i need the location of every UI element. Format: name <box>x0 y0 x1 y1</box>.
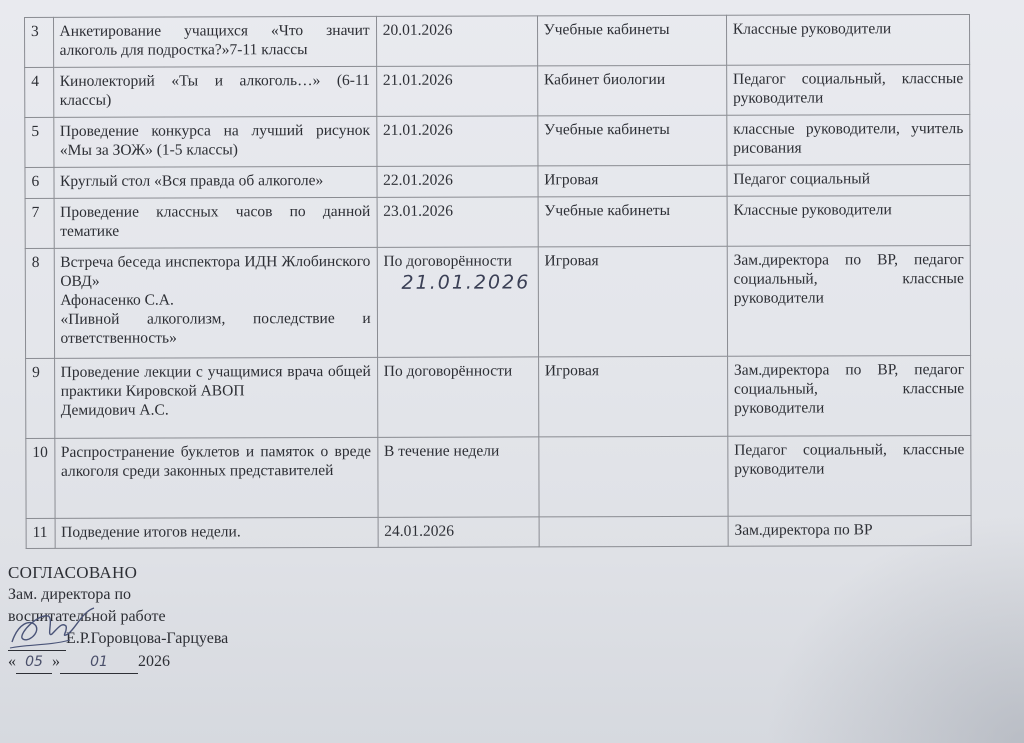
table-row: 10Распространение буклетов и памяток о в… <box>26 436 971 519</box>
month-blank: 01 <box>60 651 138 674</box>
event-location: Кабинет биологии <box>537 65 726 116</box>
event-line: Афонасенко С.А. <box>60 290 370 310</box>
table-row: 4Кинолекторий «Ты и алкоголь…» (6-11 кла… <box>25 65 970 118</box>
event-description: Кинолекторий «Ты и алкоголь…» (6-11 клас… <box>53 66 376 117</box>
event-date: 20.01.2026 <box>376 16 537 67</box>
event-description: Анкетирование учащихся «Что значит алког… <box>53 16 376 67</box>
event-line: Анкетирование учащихся «Что значит алког… <box>60 21 370 60</box>
responsible-persons: Классные руководители <box>727 196 970 247</box>
row-number: 11 <box>26 518 55 548</box>
event-location: Игровая <box>538 356 727 437</box>
table-row: 9Проведение лекции с учащимися врача общ… <box>26 356 971 439</box>
row-number: 7 <box>25 198 54 248</box>
date-text: В течение недели <box>384 441 532 460</box>
event-description: Распространение буклетов и памяток о вре… <box>54 437 377 518</box>
table-row: 7Проведение классных часов по данной тем… <box>25 196 970 249</box>
event-description: Проведение лекции с учащимися врача обще… <box>54 357 377 438</box>
approver-position-line1: Зам. директора по <box>8 584 228 606</box>
event-date: 23.01.2026 <box>377 197 538 248</box>
event-date: По договорённости <box>377 357 538 438</box>
date-text: По договорённости <box>383 251 531 270</box>
date-text: 23.01.2026 <box>383 201 531 220</box>
table-row: 11Подведение итогов недели.24.01.2026Зам… <box>26 516 971 549</box>
date-open-quote: « <box>8 653 16 670</box>
event-location <box>539 516 728 547</box>
document-page: 3Анкетирование учащихся «Что значит алко… <box>0 0 1024 743</box>
date-text: 24.01.2026 <box>384 521 532 540</box>
event-date: 22.01.2026 <box>377 166 538 198</box>
event-location: Учебные кабинеты <box>538 196 727 247</box>
event-description: Круглый стол «Вся правда об алкоголе» <box>53 166 376 198</box>
row-number: 10 <box>26 438 55 518</box>
row-number: 4 <box>25 67 54 117</box>
day-blank: 05 <box>16 651 52 674</box>
approval-block: СОГЛАСОВАНО Зам. директора по воспитател… <box>8 562 228 674</box>
approval-title: СОГЛАСОВАНО <box>8 562 228 584</box>
date-text: 20.01.2026 <box>383 20 531 39</box>
row-number: 9 <box>26 358 55 438</box>
event-location <box>539 436 728 517</box>
row-number: 5 <box>25 117 54 167</box>
responsible-persons: Зам.директора по ВР, педагог социальный,… <box>727 246 971 357</box>
event-plan-table: 3Анкетирование учащихся «Что значит алко… <box>24 14 972 549</box>
event-location: Учебные кабинеты <box>538 115 727 166</box>
event-date: 21.01.2026 <box>376 116 537 167</box>
event-line: Проведение классных часов по данной тема… <box>60 202 370 241</box>
row-number: 8 <box>25 248 54 358</box>
event-location: Учебные кабинеты <box>537 15 726 66</box>
responsible-persons: Педагог социальный, классные руководител… <box>728 436 971 517</box>
date-text: 21.01.2026 <box>383 70 531 89</box>
responsible-persons: классные руководители, учитель рисования <box>727 115 970 166</box>
signature-icon <box>8 604 98 654</box>
event-line: Проведение лекции с учащимися врача обще… <box>61 362 371 401</box>
table-row: 5Проведение конкурса на лучший рисунок «… <box>25 115 970 168</box>
date-text: 22.01.2026 <box>383 170 531 189</box>
date-close-quote: » <box>52 653 60 670</box>
event-line: Кинолекторий «Ты и алкоголь…» (6-11 клас… <box>60 71 370 110</box>
approval-year: 2026 <box>138 653 170 670</box>
responsible-persons: Классные руководители <box>726 15 969 66</box>
event-line: Проведение конкурса на лучший рисунок «М… <box>60 121 370 160</box>
row-number: 3 <box>25 17 54 67</box>
month-handwritten: 01 <box>90 654 108 670</box>
table-row: 8Встреча беседа инспектора ИДН Жлобинско… <box>25 246 970 359</box>
table-row: 3Анкетирование учащихся «Что значит алко… <box>25 15 970 68</box>
event-date: 24.01.2026 <box>378 517 539 548</box>
event-line: «Пивной алкоголизм, последствие и ответс… <box>60 309 370 348</box>
responsible-persons: Зам.директора по ВР, педагог социальный,… <box>727 356 970 437</box>
event-line: Подведение итогов недели. <box>61 522 371 542</box>
date-text: 21.01.2026 <box>383 120 531 139</box>
event-date: В течение недели <box>377 437 538 518</box>
event-description: Проведение классных часов по данной тема… <box>54 197 377 248</box>
table-row: 6Круглый стол «Вся правда об алкоголе»22… <box>25 165 970 199</box>
event-location: Игровая <box>538 246 727 357</box>
day-handwritten: 05 <box>25 654 43 670</box>
handwritten-date: 21.01.2026 <box>383 273 531 292</box>
event-description: Подведение итогов недели. <box>55 517 378 548</box>
page-shadow <box>764 513 1024 743</box>
event-line: Встреча беседа инспектора ИДН Жлобинског… <box>60 252 370 291</box>
date-text: По договорённости <box>384 361 532 380</box>
responsible-persons: Педагог социальный <box>727 165 970 197</box>
event-description: Встреча беседа инспектора ИДН Жлобинског… <box>54 247 378 358</box>
event-description: Проведение конкурса на лучший рисунок «М… <box>53 116 376 167</box>
event-date: По договорённости21.01.2026 <box>377 247 538 358</box>
responsible-persons: Зам.директора по ВР <box>728 516 971 547</box>
event-location: Игровая <box>538 165 727 197</box>
event-line: Круглый стол «Вся правда об алкоголе» <box>60 171 370 191</box>
responsible-persons: Педагог социальный, классные руководител… <box>726 65 969 116</box>
event-date: 21.01.2026 <box>376 66 537 117</box>
event-line: Демидович А.С. <box>61 400 371 420</box>
row-number: 6 <box>25 167 54 198</box>
event-line: Распространение буклетов и памяток о вре… <box>61 442 371 481</box>
approval-date: «05»012026 <box>8 651 228 674</box>
